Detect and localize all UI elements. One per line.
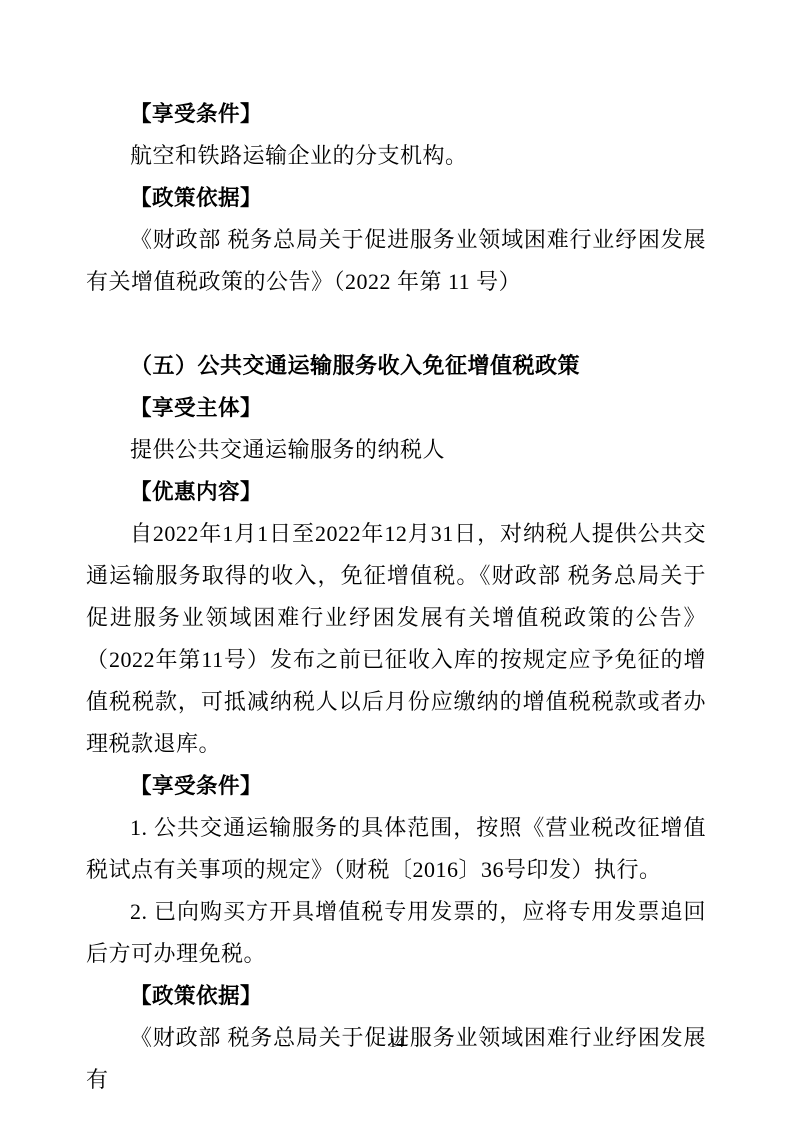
paragraph-policy-citation: 《财政部 税务总局关于促进服务业领域困难行业纾困发展有关增值税政策的公告》（20… [86,219,706,303]
document-page: 【享受条件】 航空和铁路运输企业的分支机构。 【政策依据】 《财政部 税务总局关… [0,0,793,1122]
bracket-heading-policy-basis-2: 【政策依据】 [86,975,706,1017]
page-number: 14 [0,1033,793,1053]
bracket-heading-benefit-conditions: 【享受条件】 [86,93,706,135]
paragraph-condition-scope: 1. 公共交通运输服务的具体范围，按照《营业税改征增值税试点有关事项的规定》（财… [86,807,706,891]
document-content: 【享受条件】 航空和铁路运输企业的分支机构。 【政策依据】 《财政部 税务总局关… [86,93,706,1101]
paragraph-condition-invoice-recall: 2. 已向购买方开具增值税专用发票的，应将专用发票追回后方可办理免税。 [86,891,706,975]
paragraph-eligible-taxpayers: 提供公共交通运输服务的纳税人 [86,429,706,471]
bracket-heading-preferential-content: 【优惠内容】 [86,471,706,513]
paragraph-branch-offices: 航空和铁路运输企业的分支机构。 [86,135,706,177]
bracket-heading-policy-basis: 【政策依据】 [86,177,706,219]
paragraph-policy-citation-truncated: 《财政部 税务总局关于促进服务业领域困难行业纾困发展有 [86,1017,706,1101]
bracket-heading-benefit-subject: 【享受主体】 [86,387,706,429]
paragraph-preferential-details: 自2022年1月1日至2022年12月31日，对纳税人提供公共交通运输服务取得的… [86,513,706,765]
section-heading-public-transport-vat-exemption: （五）公共交通运输服务收入免征增值税政策 [86,345,706,387]
bracket-heading-benefit-conditions-2: 【享受条件】 [86,765,706,807]
